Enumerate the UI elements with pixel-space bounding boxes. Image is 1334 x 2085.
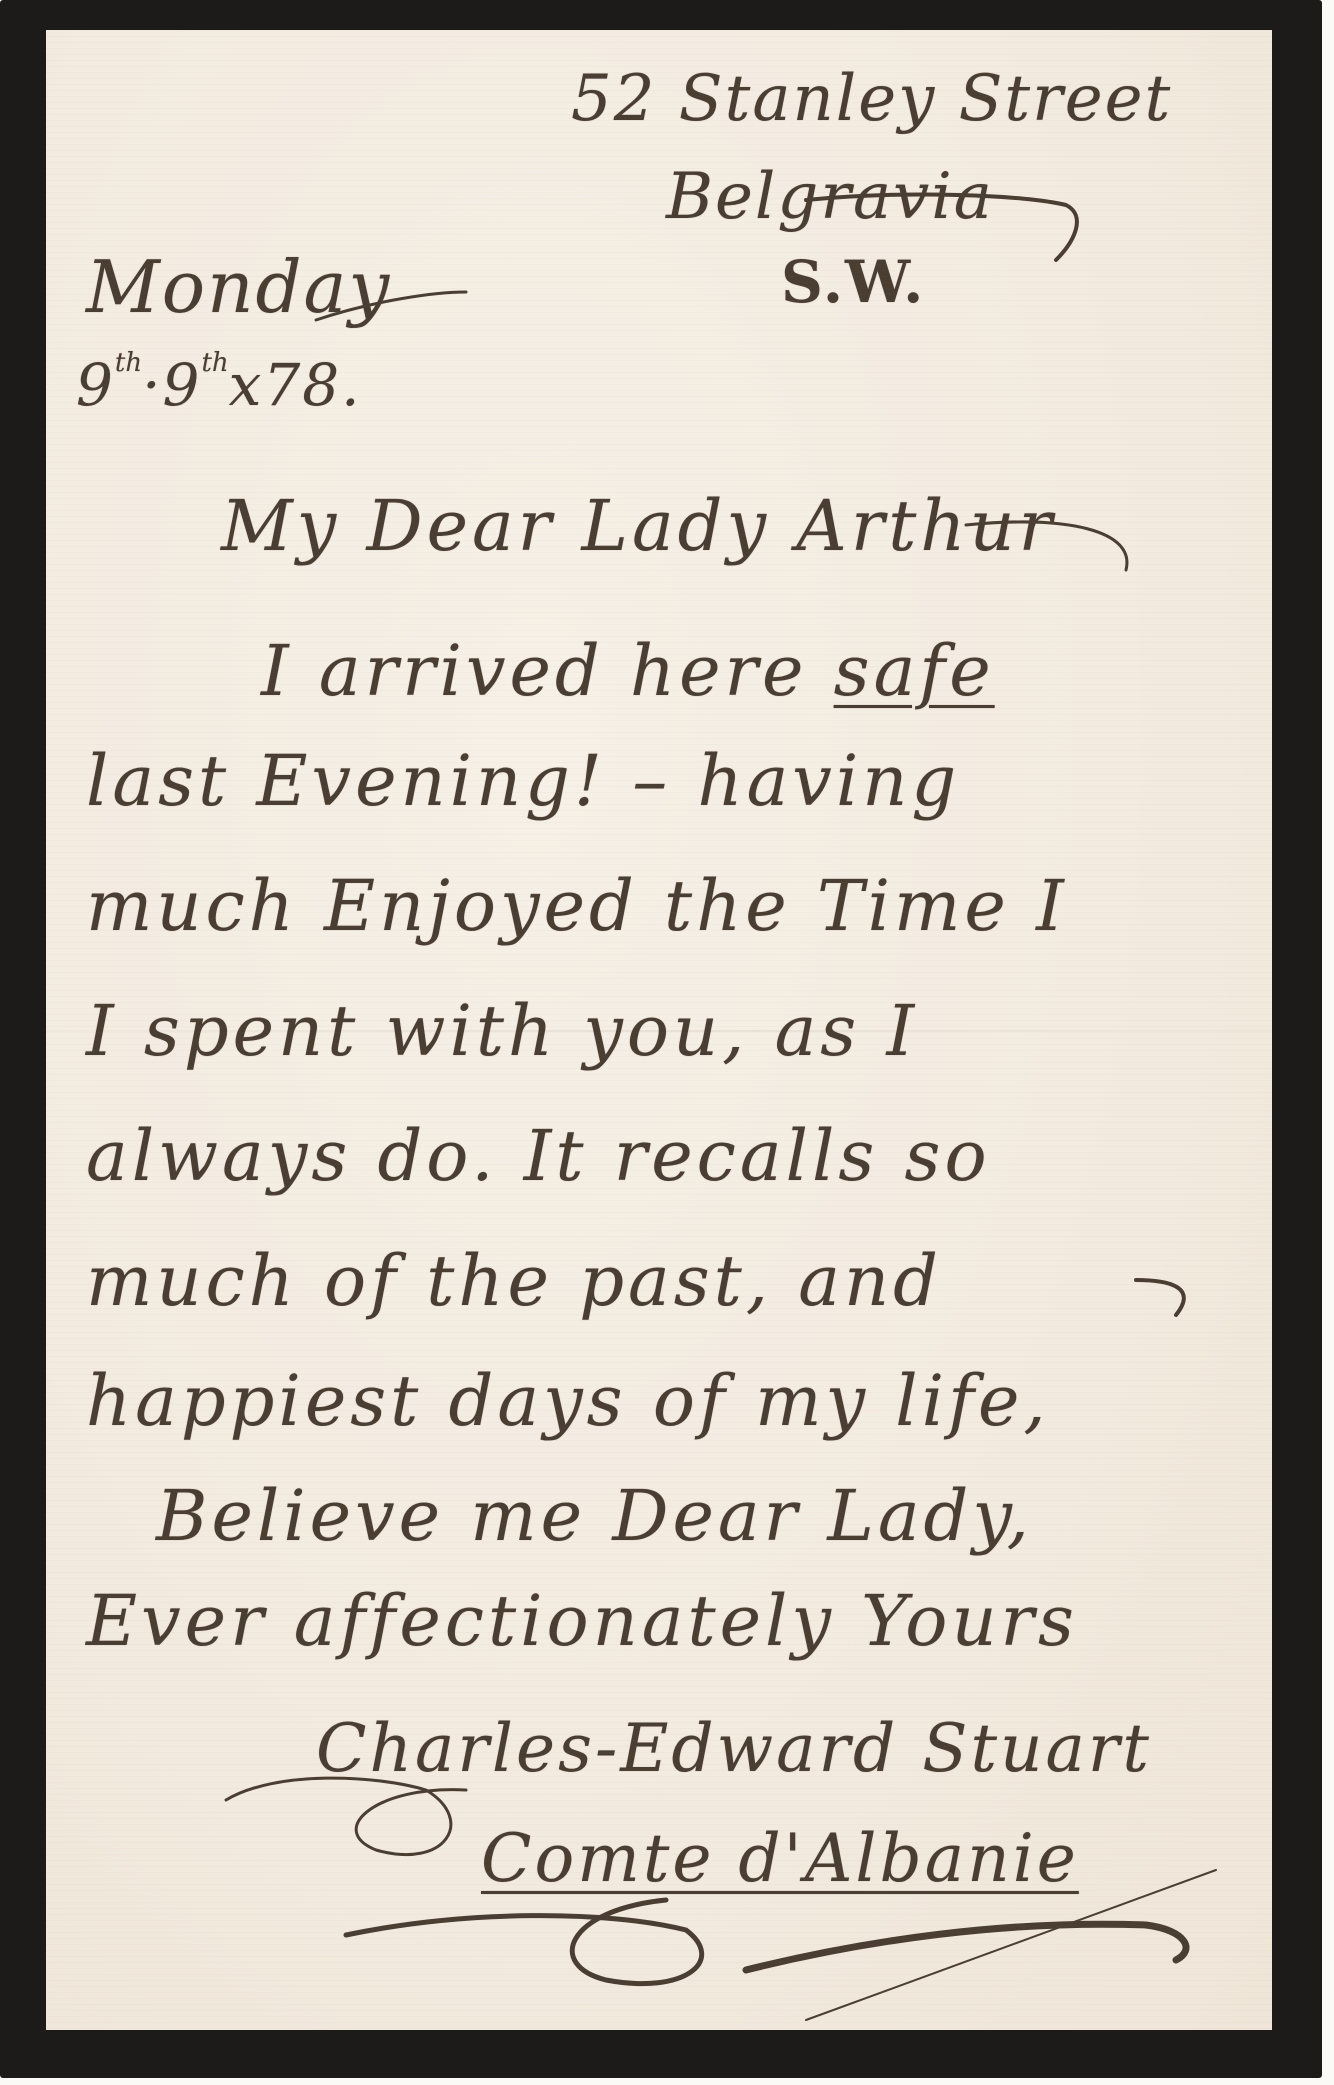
date-day-suffix: th bbox=[115, 348, 142, 378]
closing-line-1: Believe me Dear Lady, bbox=[156, 1475, 1033, 1557]
address-postal-district: S.W. bbox=[781, 248, 925, 316]
date-day: 9 bbox=[76, 351, 115, 419]
address-district: Belgravia bbox=[666, 160, 994, 234]
body-line-7: happiest days of my life, bbox=[86, 1360, 1050, 1442]
salutation: My Dear Lady Arthur bbox=[221, 485, 1056, 567]
signature-name: Charles-Edward Stuart bbox=[316, 1710, 1152, 1787]
body-line-4: I spent with you, as I bbox=[86, 990, 918, 1072]
date-numeric: 9th·9thx78. bbox=[76, 348, 362, 419]
date-year: 78. bbox=[263, 351, 361, 419]
letter-paper: 52 Stanley Street Belgravia S.W. Monday … bbox=[46, 30, 1272, 2030]
body-line-1: I arrived here safe bbox=[261, 630, 995, 712]
body-line-3: much Enjoyed the Time I bbox=[86, 865, 1068, 947]
address-street: 52 Stanley Street bbox=[571, 62, 1172, 136]
date-month-suffix: th bbox=[201, 348, 228, 378]
body-line-6: much of the past, and bbox=[86, 1240, 942, 1322]
closing-line-2: Ever affectionately Yours bbox=[86, 1580, 1078, 1662]
body-line-5: always do. It recalls so bbox=[86, 1115, 991, 1197]
body-line-2: last Evening! – having bbox=[86, 740, 960, 822]
date-month: 9 bbox=[163, 351, 202, 419]
date-weekday: Monday bbox=[86, 245, 391, 329]
body-line-1-text: I arrived here safe bbox=[261, 630, 995, 712]
signature-title: Comte d'Albanie bbox=[481, 1820, 1079, 1897]
date-separator: x bbox=[229, 351, 264, 419]
underlined-word: safe bbox=[834, 630, 995, 712]
